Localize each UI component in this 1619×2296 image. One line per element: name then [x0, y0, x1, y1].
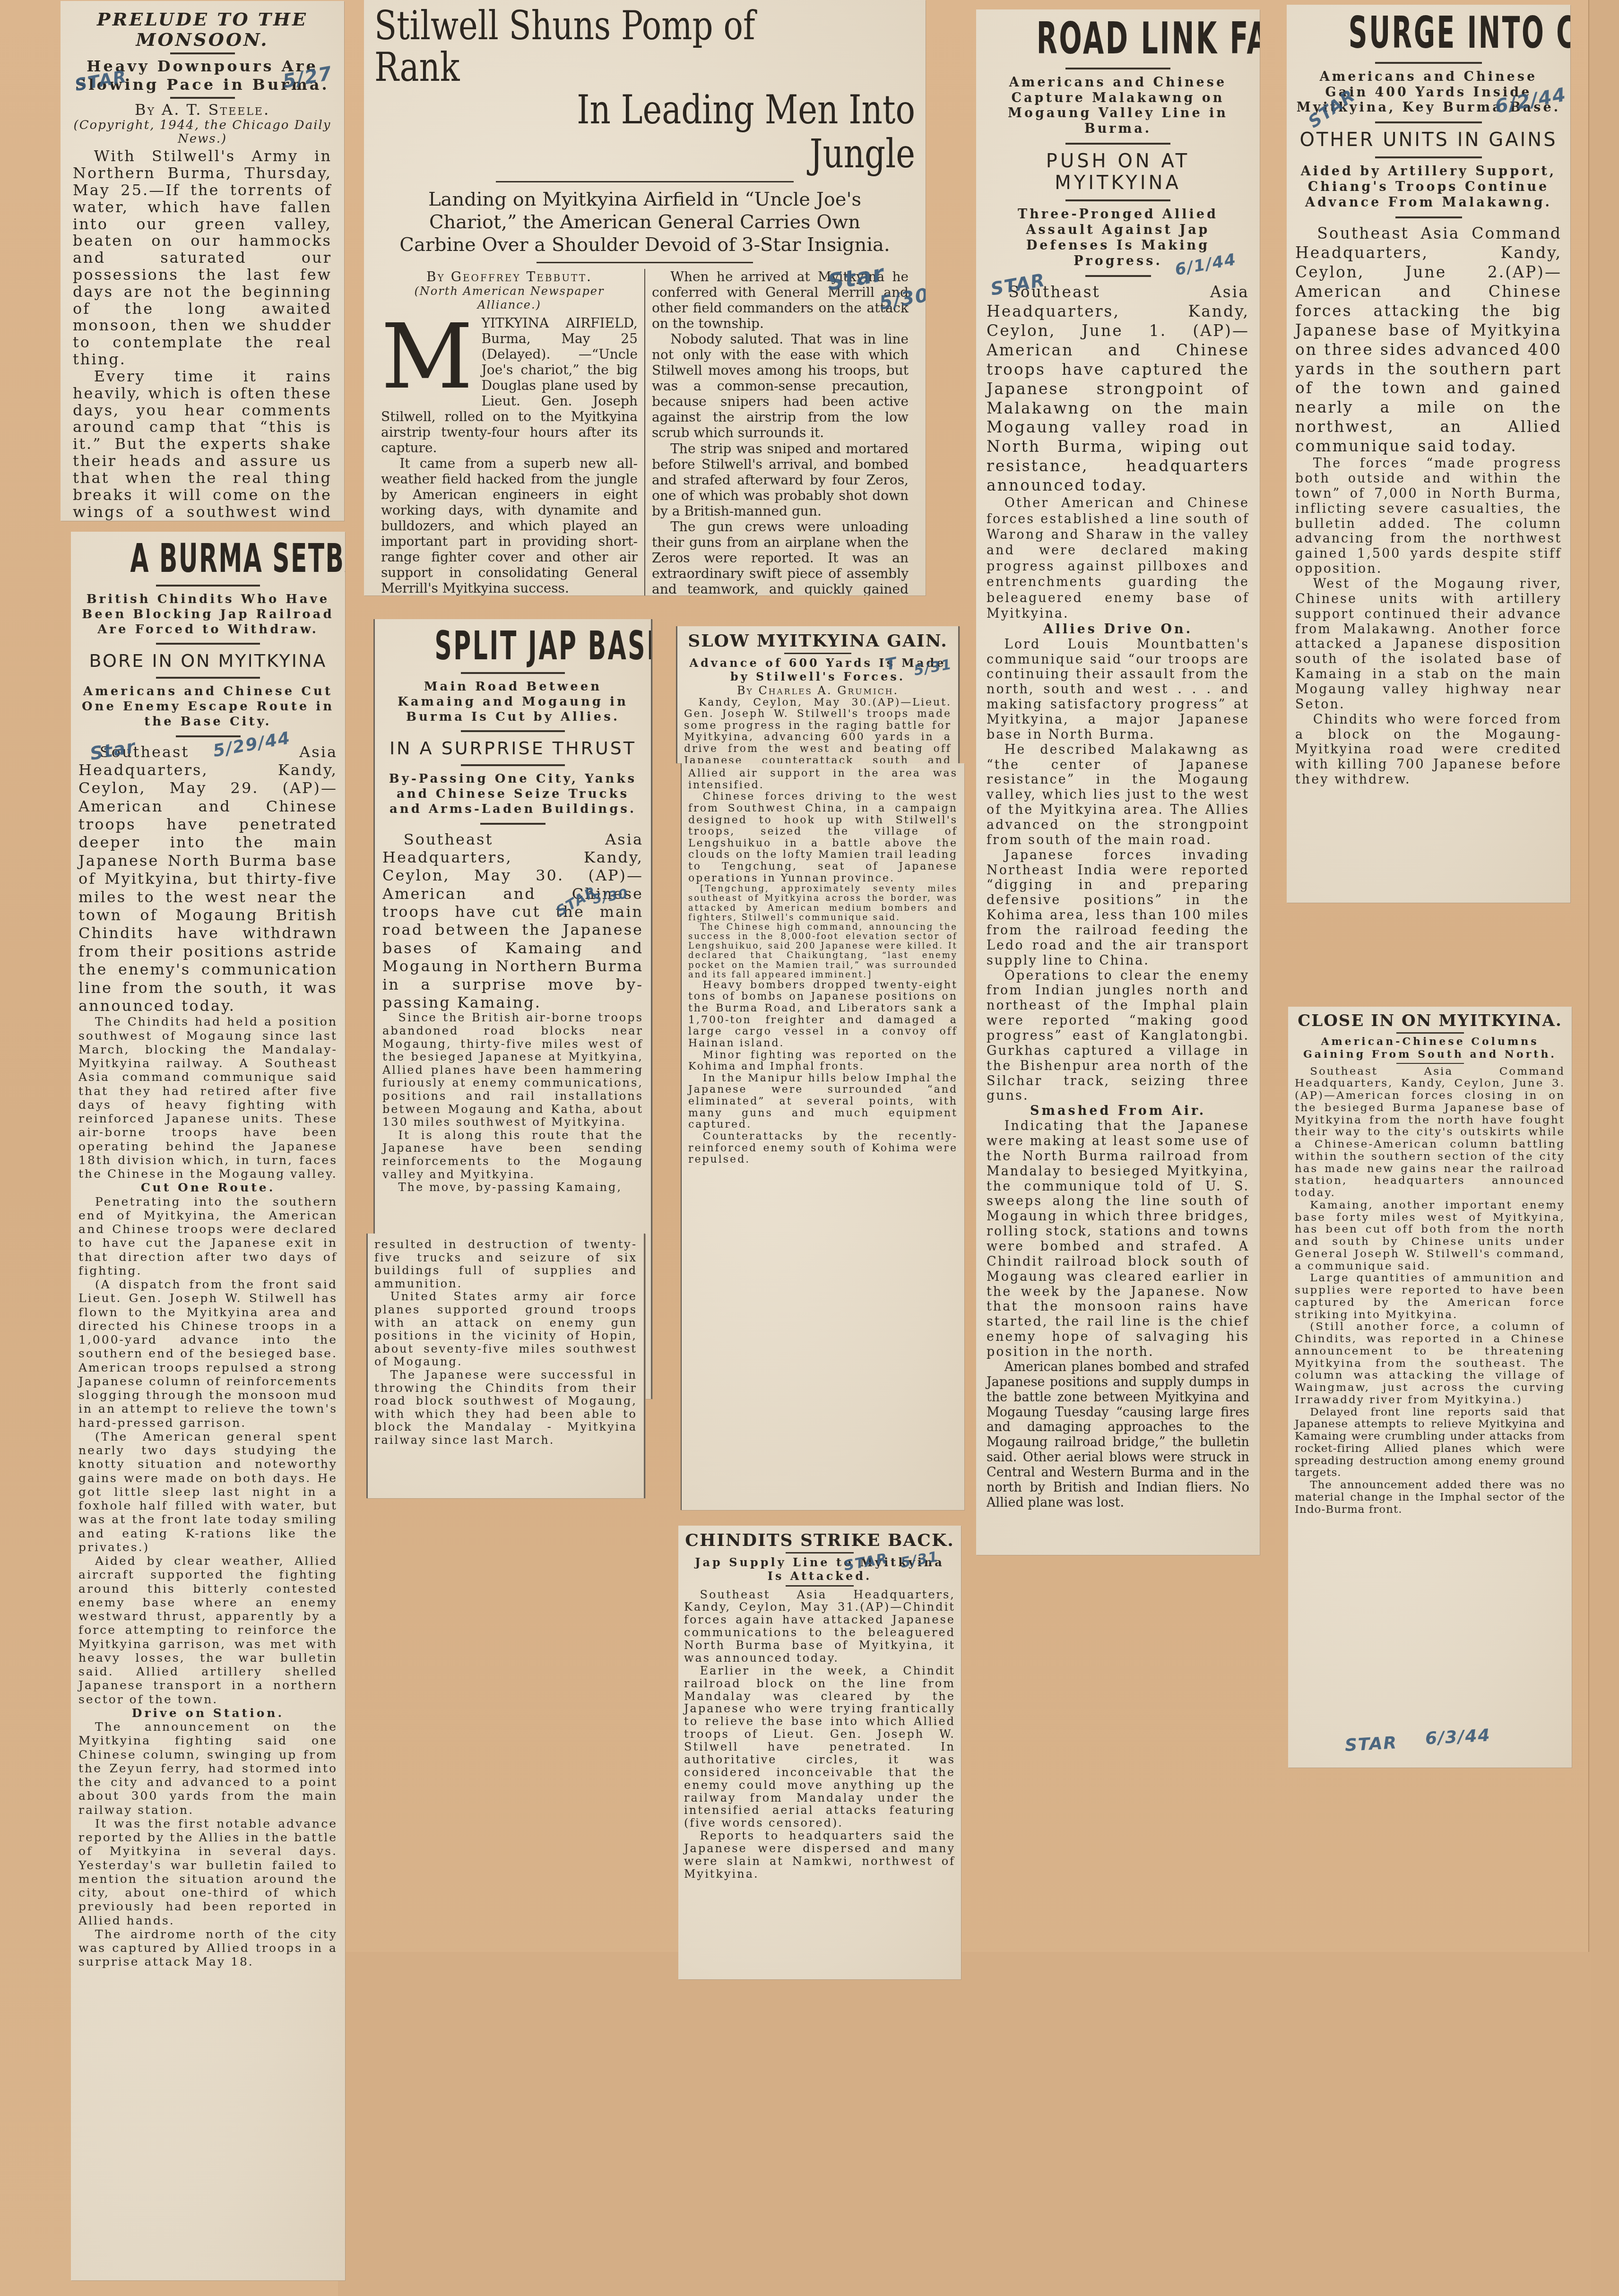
paragraph: Minor fighting was reported on the Kohim… [688, 1050, 958, 1073]
paragraph: Counterattacks by the recently-reinforce… [688, 1131, 958, 1166]
paragraph: The airdrome north of the city was captu… [78, 1927, 338, 1969]
deck: Main Road Between Kamaing and Mogaung in… [382, 680, 643, 725]
rule [1396, 1063, 1464, 1064]
rule [784, 653, 851, 654]
rule [1065, 68, 1170, 69]
headline: Stilwell Shuns Pomp of Rank [374, 5, 818, 88]
deck: Americans and Chinese Cut One Enemy Esca… [78, 684, 338, 729]
clipping-surge: SURGE INTO CITY Americans and Chinese Ga… [1287, 5, 1570, 903]
article-body: Southeast Asia Headquarters, Kandy, Ceyl… [382, 830, 643, 1012]
rule [1085, 275, 1151, 277]
paragraph: Nobody saluted. That was in line not onl… [652, 331, 909, 440]
clipping-slow-gain: SLOW MYITKYINA GAIN. Advance of 600 Yard… [676, 626, 960, 763]
rule [461, 764, 565, 766]
paragraph: The announcement added there was no mate… [1295, 1479, 1565, 1516]
byline: By Geoffrey Tebbutt. [381, 269, 638, 285]
handwritten-date: 6/3/44 [1425, 1726, 1491, 1748]
article-body: Southeast Asia Command Headquarters, Kan… [1295, 224, 1562, 456]
paragraph: Every time it rains heavily, which is of… [73, 368, 332, 521]
paragraph: Southeast Asia Headquarters, Kandy, Ceyl… [987, 283, 1249, 495]
paragraph: (The American general spent nearly two d… [78, 1430, 338, 1554]
paragraph: Large quantities of ammunition and suppl… [1295, 1272, 1565, 1321]
clipping-slow-gain-continued: Allied air support in the area was inten… [681, 763, 964, 1510]
article-body-continued: The forces “made progress both outside a… [1295, 456, 1562, 787]
paragraph: (Still another force, a column of Chindi… [1295, 1321, 1565, 1406]
column-2: When he arrived at Myitkyina he conferre… [644, 269, 915, 596]
headline: SLOW MYITKYINA GAIN. [684, 631, 952, 651]
board-edge [1588, 0, 1619, 2296]
paragraph: The forces “made progress both outside a… [1295, 456, 1562, 577]
board-blank-area [338, 1952, 1591, 2296]
headline: ROAD LINK FALLS [1037, 16, 1200, 62]
paragraph: Allied air support in the area was inten… [688, 768, 958, 791]
article-columns: By Geoffrey Tebbutt. (North American New… [374, 269, 915, 596]
rule [1065, 143, 1170, 145]
paragraph: Since the British air-borne troops aband… [382, 1011, 643, 1129]
headline: CLOSE IN ON MYITKYINA. [1295, 1011, 1565, 1030]
kicker: PRELUDE TO THE MONSOON. [73, 9, 332, 50]
paragraph: Reports to headquarters said the Japanes… [684, 1830, 955, 1881]
deck: British Chindits Who Have Been Blocking … [78, 592, 338, 637]
article-body: Kandy, Ceylon, May 30.(AP)—Lieut. Gen. J… [684, 697, 952, 763]
rule [1065, 199, 1170, 201]
paragraph: The strip was sniped and mortared before… [652, 441, 909, 519]
paragraph: resulted in destruction of twenty-five t… [374, 1238, 637, 1290]
rule [156, 585, 260, 587]
subhead: Drive on Station. [78, 1706, 338, 1720]
headline: A BURMA SETBACK [130, 537, 286, 579]
article-body: Southeast Asia Headquarters, Kandy, Ceyl… [684, 1588, 955, 1881]
clipping-setback: A BURMA SETBACK British Chindits Who Hav… [71, 532, 345, 2280]
rule [480, 823, 545, 825]
rule [1375, 62, 1482, 64]
paragraph: Earlier in the week, a Chindit railroad … [684, 1665, 955, 1830]
paragraph: Southeast Asia Headquarters, Kandy, Ceyl… [78, 743, 338, 1015]
paragraph: (A dispatch from the front said Lieut. G… [78, 1277, 338, 1430]
handwritten-note: STAR [1344, 1733, 1398, 1755]
secondary-headline: IN A SURPRISE THRUST [382, 738, 643, 759]
paragraph: It came from a superb new all-weather fi… [381, 456, 638, 596]
paragraph: It is along this route that the Japanese… [382, 1129, 643, 1181]
rule [786, 1552, 854, 1554]
paragraph: Operations to clear the enemy from India… [987, 968, 1249, 1104]
paragraph: Southeast Asia Command Headquarters, Kan… [1295, 1066, 1565, 1200]
article-body-continued: Since the British air-borne troops aband… [382, 1011, 643, 1194]
article-body-continued: Allied air support in the area was inten… [688, 768, 958, 1166]
paragraph: The announcement on the Myitkyina fighti… [78, 1720, 338, 1817]
article-body: With Stilwell's Army in Northern Burma, … [73, 148, 332, 521]
paragraph: In the Manipur hills below Imphal the Ja… [688, 1073, 958, 1131]
headline: In Leading Men Into Jungle [472, 88, 915, 175]
paragraph: Aided by clear weather, Allied aircraft … [78, 1554, 338, 1706]
clipping-close-in: CLOSE IN ON MYITKYINA. American-Chinese … [1288, 1007, 1572, 1768]
subhead: Cut One Route. [78, 1181, 338, 1194]
rule [461, 672, 565, 674]
rule [1375, 156, 1482, 158]
rule [170, 97, 235, 99]
paragraph: Lord Louis Mountbatten's communique said… [987, 637, 1249, 742]
column-1: By Geoffrey Tebbutt. (North American New… [374, 269, 644, 596]
clipping-road-link: ROAD LINK FALLS Americans and Chinese Ca… [976, 9, 1260, 1555]
paragraph: Heavy bombers dropped twenty-eight tons … [688, 980, 958, 1050]
secondary-headline: OTHER UNITS IN GAINS [1295, 129, 1562, 151]
headline: SURGE INTO CITY [1349, 10, 1508, 56]
paragraph: It was the first notable advance reporte… [78, 1817, 338, 1927]
clipping-stilwell: Stilwell Shuns Pomp of Rank In Leading M… [364, 0, 926, 596]
paragraph: The move, by-passing Kamaing, [382, 1181, 643, 1194]
paragraph: Penetrating into the southern end of Myi… [78, 1195, 338, 1278]
paragraph: He described Malakawng as “the center of… [987, 742, 1249, 848]
article-body-continued: resulted in destruction of twenty-five t… [374, 1238, 637, 1447]
headline: SPLIT JAP BASES [434, 625, 591, 666]
paragraph: Japanese forces invading Northeast India… [987, 848, 1249, 968]
secondary-headline: BORE IN ON MYITKYINA [78, 650, 338, 671]
paragraph: Kandy, Ceylon, May 30.(AP)—Lieut. Gen. J… [684, 697, 952, 763]
paragraph: The gun crews were unloading their guns … [652, 519, 909, 596]
paragraph: Chinese forces driving to the west from … [688, 791, 958, 884]
rule [1396, 1032, 1464, 1034]
paragraph: American planes bombed and strafed Japan… [987, 1360, 1249, 1511]
paragraph: Kamaing, another important enemy base fo… [1295, 1200, 1565, 1273]
rule [156, 677, 260, 679]
credit: (Copyright, 1944, the Chicago Daily News… [73, 119, 332, 146]
paragraph: Southeast Asia Headquarters, Kandy, Ceyl… [684, 1588, 955, 1665]
rule [496, 181, 793, 182]
deck: Landing on Myitkyina Airfield in “Uncle … [374, 188, 915, 256]
paragraph: United States army air force planes supp… [374, 1290, 637, 1369]
clipping-split-continued: resulted in destruction of twenty-five t… [366, 1234, 645, 1498]
byline: By A. T. Steele. [73, 102, 332, 119]
article-body: Southeast Asia Headquarters, Kandy, Ceyl… [78, 743, 338, 1015]
subhead: Smashed From Air. [987, 1104, 1249, 1119]
article-body: Southeast Asia Command Headquarters, Kan… [1295, 1066, 1565, 1516]
article-body-continued: Allies Drive On. Lord Louis Mountbatten'… [987, 622, 1249, 1511]
deck: Aided by Artillery Support, Chiang's Tro… [1295, 164, 1562, 211]
paragraph: Southeast Asia Command Headquarters, Kan… [1295, 224, 1562, 456]
paragraph: The Chindits had held a position southwe… [78, 1015, 338, 1181]
paragraph: Indicating that the Japanese were making… [987, 1119, 1249, 1360]
paragraph: The Japanese were successful in throwing… [374, 1369, 637, 1447]
article-body: Southeast Asia Headquarters, Kandy, Ceyl… [987, 283, 1249, 622]
clipping-chindits: CHINDITS STRIKE BACK. Jap Supply Line to… [678, 1526, 961, 1979]
paragraph: Chindits who were forced from a block on… [1295, 712, 1562, 787]
paragraph: West of the Mogaung river, Chinese units… [1295, 577, 1562, 712]
paragraph: Other American and Chinese forces establ… [987, 495, 1249, 622]
deck: Americans and Chinese Capture Malakawng … [987, 75, 1249, 138]
article-body-continued: The Chindits had held a position southwe… [78, 1015, 338, 1968]
paragraph: The Chinese high command, announcing the… [688, 923, 958, 980]
rule [156, 643, 260, 645]
drop-cap: M [381, 319, 473, 395]
paragraph: [Tengchung, approximately seventy miles … [688, 884, 958, 923]
rule [461, 730, 565, 732]
rule [1375, 121, 1482, 123]
rule [786, 1585, 854, 1587]
paragraph: Delayed front line reports said that Jap… [1295, 1407, 1565, 1480]
rule [176, 735, 241, 737]
paragraph: With Stilwell's Army in Northern Burma, … [73, 148, 332, 368]
byline: By Charles A. Grumich. [684, 684, 952, 697]
rule [1395, 216, 1462, 218]
clipping-prelude: PRELUDE TO THE MONSOON. Heavy Downpours … [61, 1, 344, 521]
rule [170, 52, 235, 54]
paragraph: Southeast Asia Headquarters, Kandy, Ceyl… [382, 830, 643, 1012]
deck: By-Passing One City, Yanks and Chinese S… [382, 772, 643, 817]
headline: CHINDITS STRIKE BACK. [684, 1530, 955, 1550]
deck: Advance of 600 Yards Is Made by Stilwell… [684, 656, 952, 684]
subhead: Allies Drive On. [987, 622, 1249, 637]
secondary-headline: PUSH ON AT MYITKYINA [987, 150, 1249, 194]
rule [537, 262, 753, 263]
deck: American-Chinese Columns Gaining From So… [1295, 1036, 1565, 1061]
